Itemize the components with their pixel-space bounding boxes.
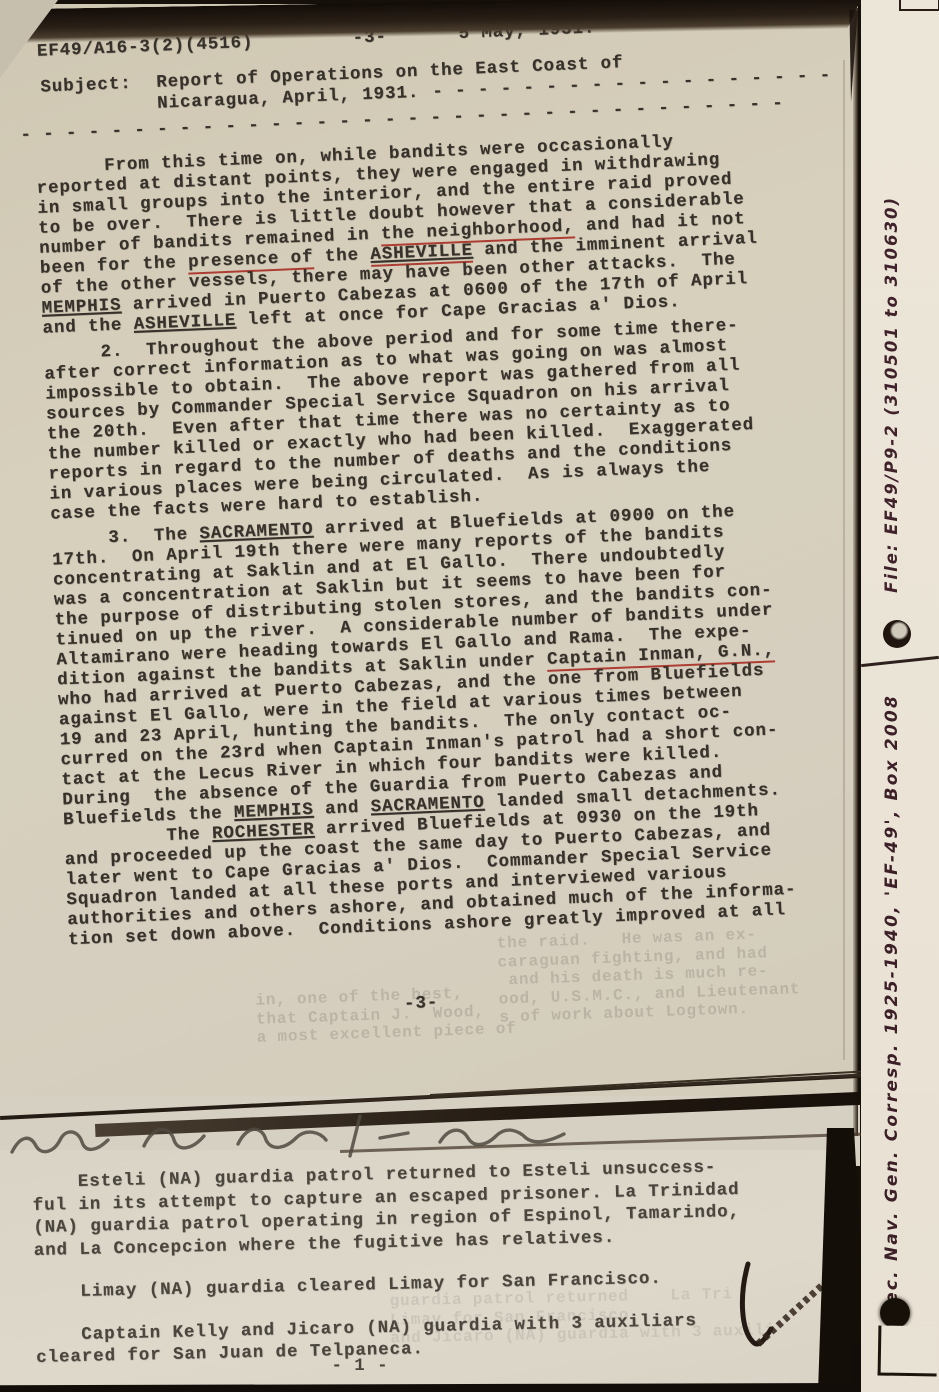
checkmark-annotation (742, 1264, 771, 1344)
fragment-paragraph-1: Esteli (NA) guardia patrol returned to E… (32, 1154, 814, 1262)
hole-punch-bottom (880, 1298, 910, 1328)
scanned-document: EF49/A16-3(2)(4516) -3- 5 May, 1931. Sub… (0, 0, 939, 1392)
scan-artifact-bottom-edge (0, 1383, 939, 1392)
subject-label: Subject: (40, 74, 132, 98)
paragraph-1: From this time on, while bandits were oc… (35, 126, 832, 339)
bleed-through-text: in, one of the best,that Captain J. Wood… (255, 980, 587, 1047)
scan-artifact-page-edge (853, 8, 858, 1136)
hole-punch-top (883, 620, 911, 648)
fragment-page-number: - 1 - (0, 1356, 720, 1376)
scan-artifact-fold-line (843, 60, 845, 1060)
paragraph-3: 3. The SACRAMENTO arrived at Bluefields … (51, 497, 853, 830)
archive-annotation: Sec. Nav. Gen. Corresp. 1925-1940, 'EF-4… (882, 694, 902, 1318)
handwritten-scrawl (8, 1106, 728, 1164)
fragment-paragraph-2: Limay (NA) guardia cleared Limay for San… (34, 1264, 814, 1304)
scan-artifact-notch (899, 0, 939, 11)
fragment-text-block: Esteli (NA) guardia patrol returned to E… (32, 1154, 816, 1369)
scan-artifact-paper-corner (878, 1325, 938, 1376)
typed-text-block: EF49/A16-3(2)(4516) -3- 5 May, 1931. Sub… (30, 0, 861, 1028)
file-annotation: File: EF49/P9-2 (310501 to 310630) (882, 196, 901, 593)
paragraph-2: 2. Throughout the above period and for s… (43, 312, 840, 525)
